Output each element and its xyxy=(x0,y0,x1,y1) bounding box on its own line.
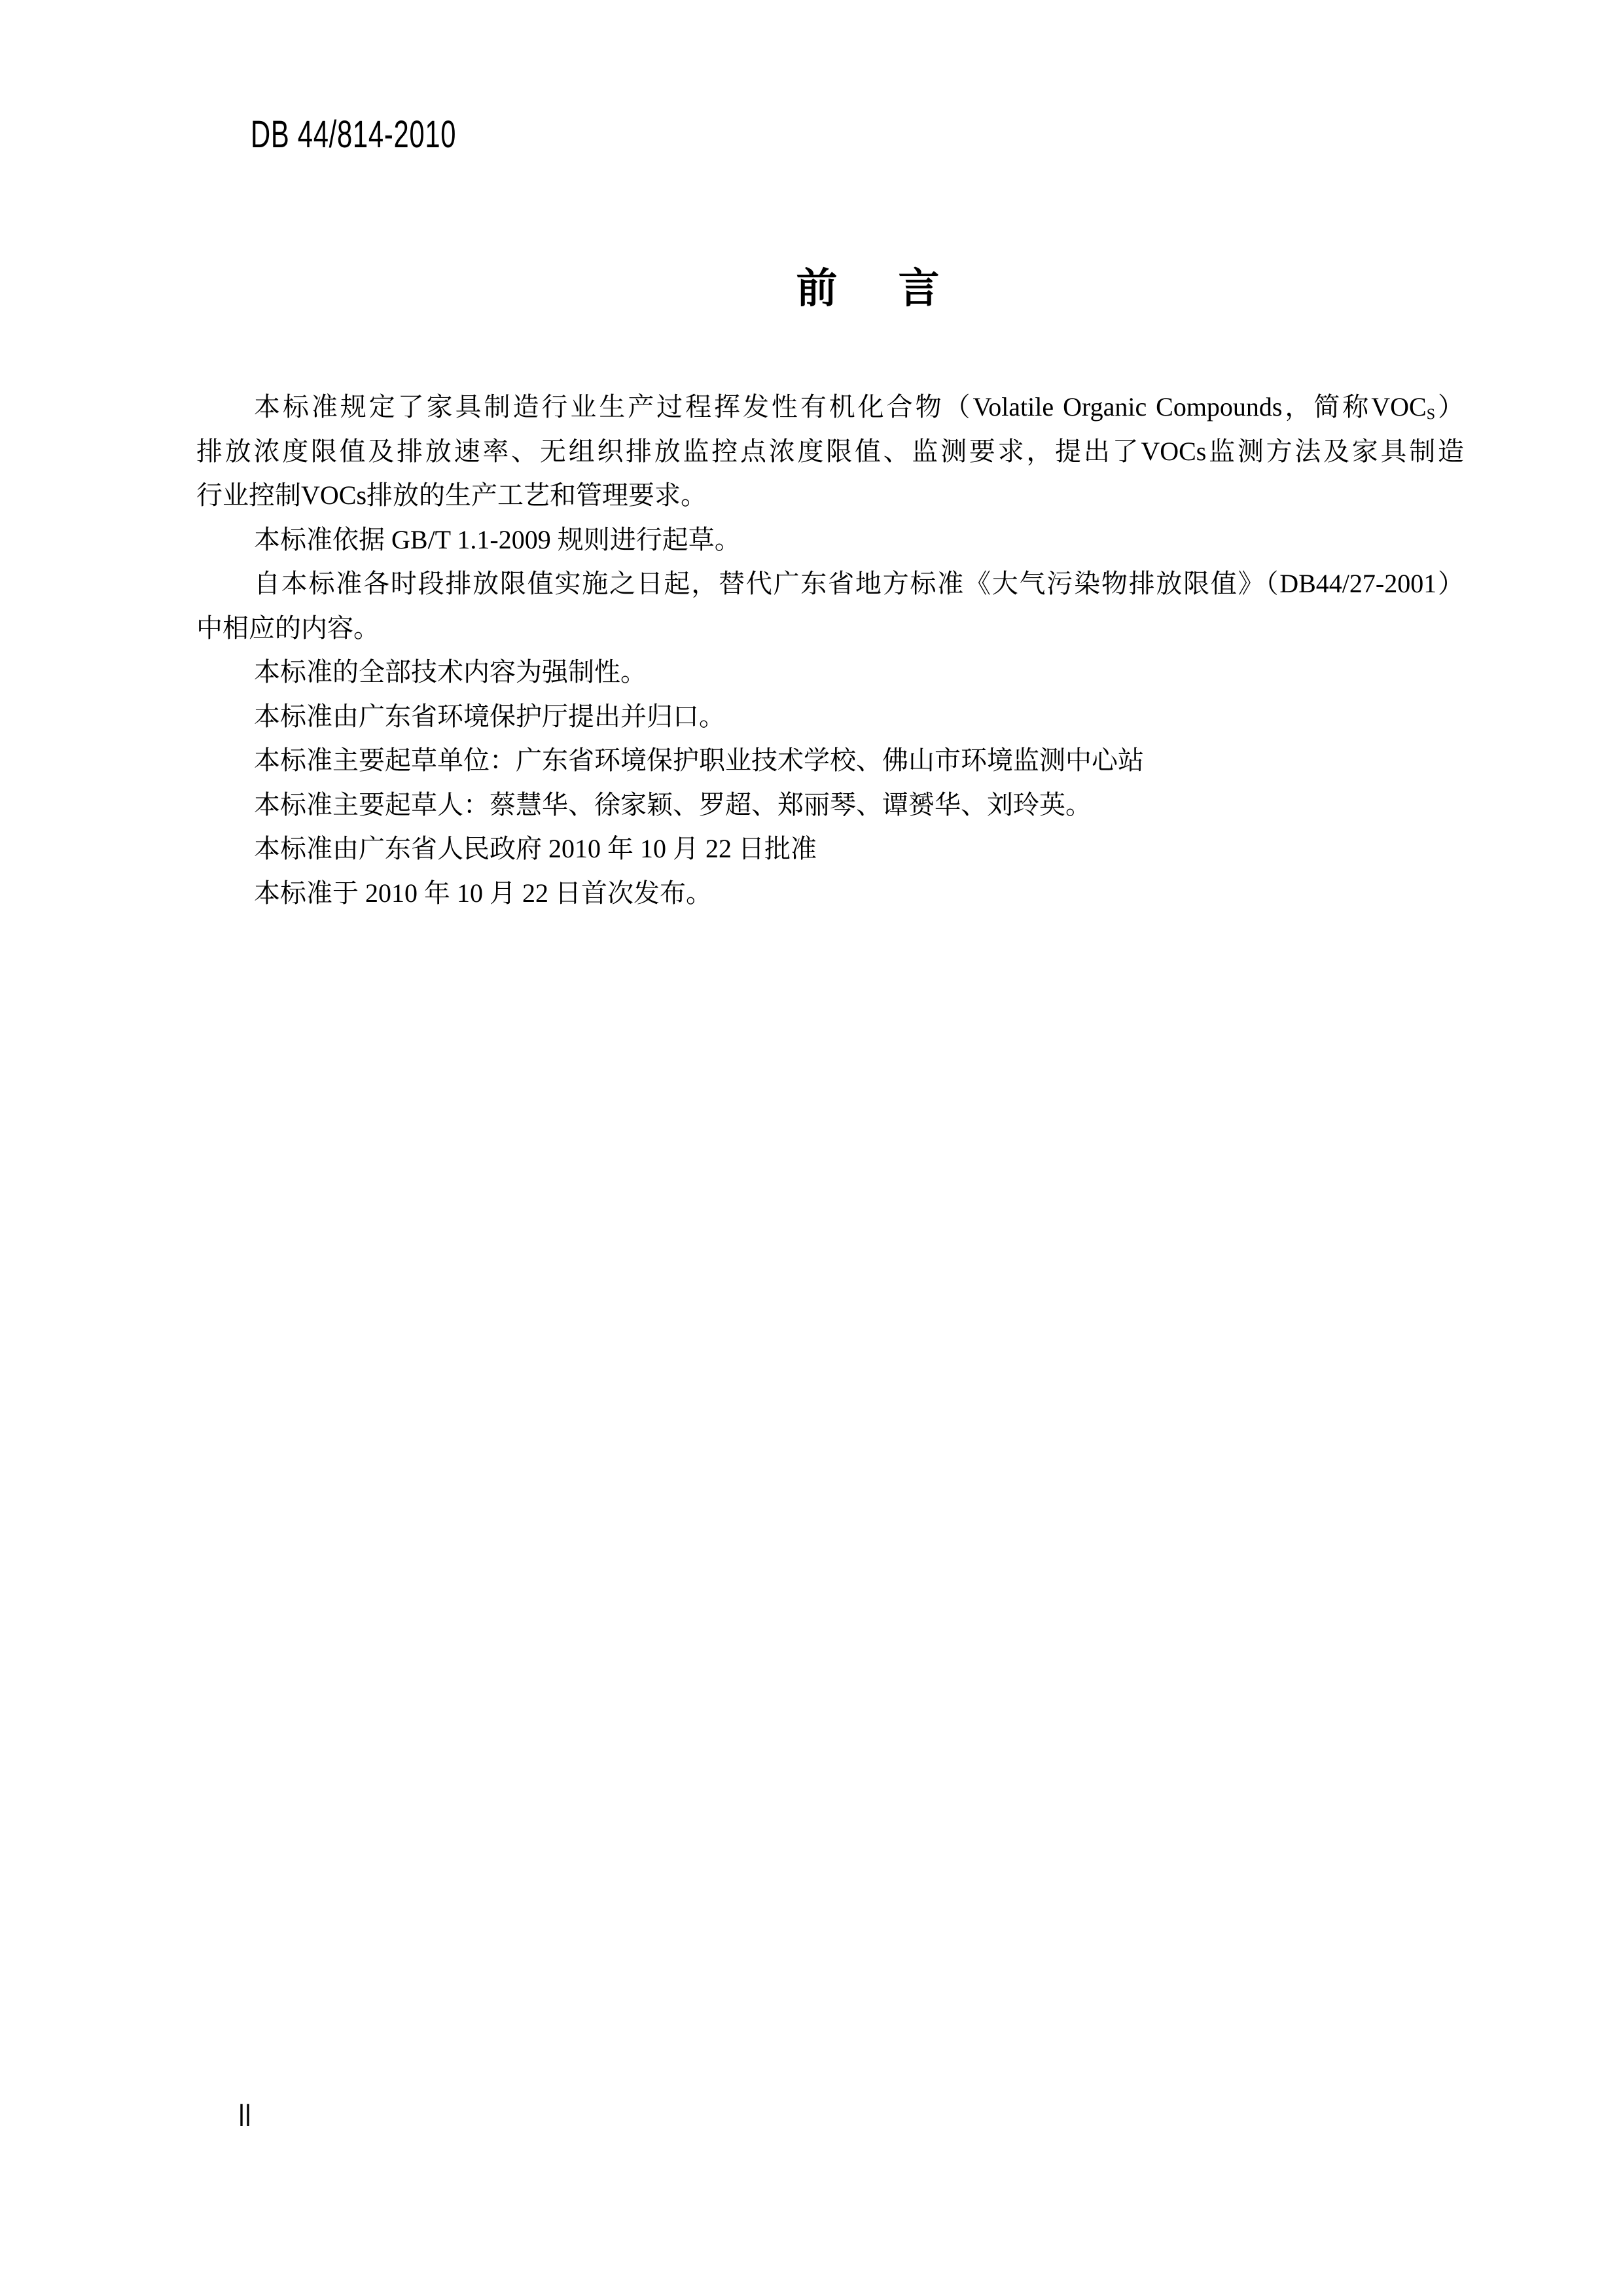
text-line: 本标准主要起草单位：广东省环境保护职业技术学校、佛山市环境监测中心站 xyxy=(196,738,1464,783)
text-line: 本标准由广东省人民政府 2010 年 10 月 22 日批准 xyxy=(196,827,1464,871)
text-line: 本标准于 2010 年 10 月 22 日首次发布。 xyxy=(196,871,1464,916)
text-line: 本标准由广东省环境保护厅提出并归口。 xyxy=(196,694,1464,739)
page-title: 前言 xyxy=(196,265,1539,312)
page-title-char-right: 言 xyxy=(899,265,940,312)
text-line: 排放浓度限值及排放速率、无组织排放监控点浓度限值、监测要求，提出了VOCs监测方… xyxy=(196,429,1464,474)
text-line-segment: 本标准规定了家具制造行业生产过程挥发性有机化合物（Volatile Organi… xyxy=(254,392,1427,422)
page-title-char-left: 前 xyxy=(796,265,838,312)
text-line: 本标准依据 GB/T 1.1-2009 规则进行起草。 xyxy=(196,518,1464,562)
vocs-subscript: S xyxy=(1427,406,1435,423)
text-line-segment: ） xyxy=(1435,392,1464,422)
text-line: 本标准规定了家具制造行业生产过程挥发性有机化合物（Volatile Organi… xyxy=(196,385,1464,429)
text-line: 本标准主要起草人：蔡慧华、徐家颖、罗超、郑丽琴、谭赟华、刘玲英。 xyxy=(196,783,1464,827)
foreword-body: 本标准规定了家具制造行业生产过程挥发性有机化合物（Volatile Organi… xyxy=(196,385,1464,915)
text-line: 本标准的全部技术内容为强制性。 xyxy=(196,650,1464,694)
text-line: 行业控制VOCs排放的生产工艺和管理要求。 xyxy=(196,473,1464,518)
text-line: 自本标准各时段排放限值实施之日起，替代广东省地方标准《大气污染物排放限值》（DB… xyxy=(196,562,1464,606)
page-number: II xyxy=(238,2098,251,2134)
standard-code: DB 44/814-2010 xyxy=(251,113,456,156)
text-line: 中相应的内容。 xyxy=(196,606,1464,651)
document-page: DB 44/814-2010 前言 本标准规定了家具制造行业生产过程挥发性有机化… xyxy=(0,0,1623,2296)
